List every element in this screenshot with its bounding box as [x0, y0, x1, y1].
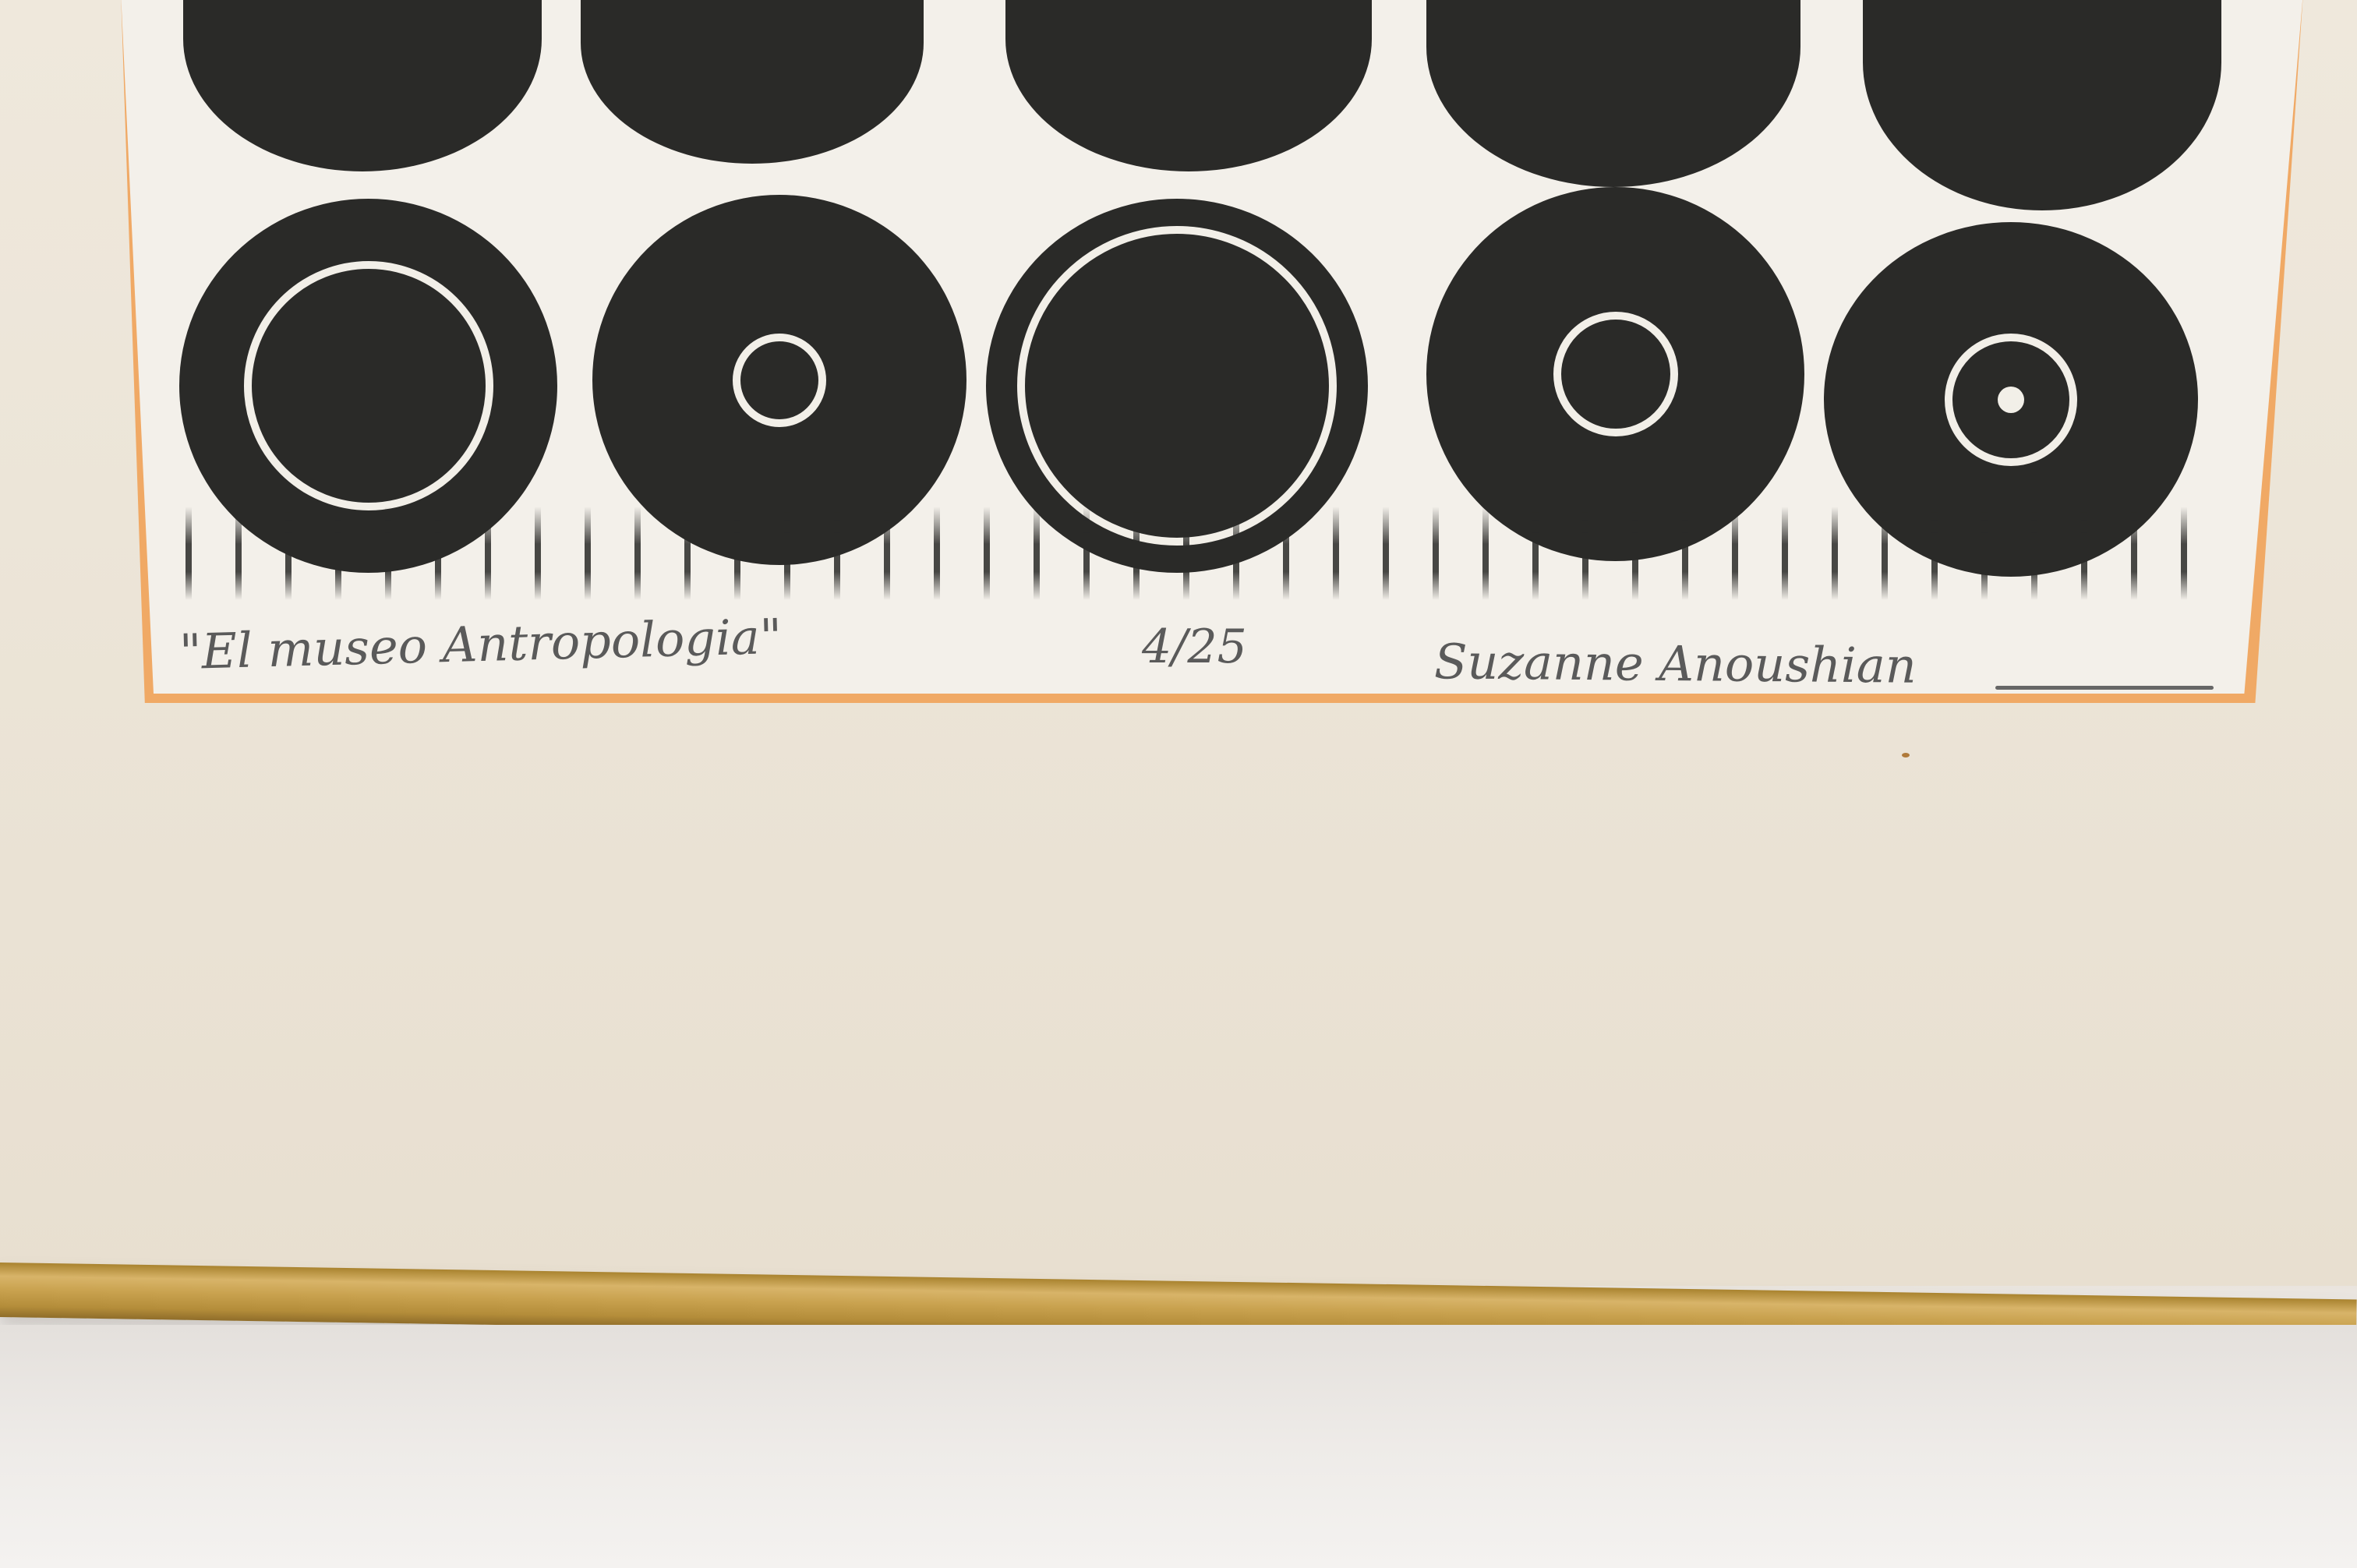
title-inscription: "El museo Antropologia": [178, 608, 783, 680]
motif-sun-rays: [1426, 187, 1804, 561]
wall: [0, 1325, 2357, 1568]
artist-signature: Suzanne Anoushian: [1434, 633, 1917, 694]
motif-top-1: [183, 0, 542, 171]
motif-top-5: [1863, 0, 2221, 210]
paper-speck: [1902, 753, 1910, 758]
motif-top-3: [1005, 0, 1372, 171]
motif-top-2: [581, 0, 924, 164]
motif-top-4: [1426, 0, 1800, 187]
gouge-marks: [156, 507, 2214, 600]
signature-flourish: [1995, 686, 2214, 690]
woodblock-print: "El museo Antropologia" 4/25 Suzanne Ano…: [0, 0, 2357, 779]
edition-number: 4/25: [1142, 620, 1247, 674]
